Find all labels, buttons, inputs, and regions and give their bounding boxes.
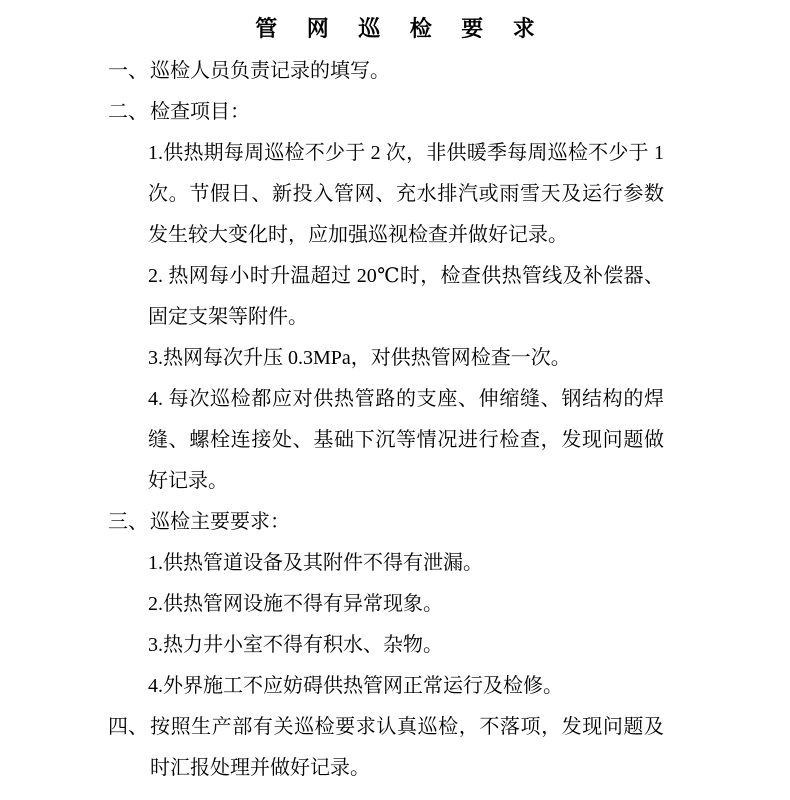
section-2-item-4: 4. 每次巡检都应对供热管路的支座、伸缩缝、钢结构的焊缝、螺栓连接处、基础下沉等… [148,379,664,502]
section-3-item-2: 2.供热管网设施不得有异常现象。 [148,584,664,625]
section-1: 一、 巡检人员负责记录的填写。 [108,51,664,92]
document-page: 管 网 巡 检 要 求 一、 巡检人员负责记录的填写。 二、 检查项目： 1.供… [0,0,790,800]
document-body: 一、 巡检人员负责记录的填写。 二、 检查项目： 1.供热期每周巡检不少于 2 … [108,51,664,789]
section-3-items: 1.供热管道设备及其附件不得有泄漏。 2.供热管网设施不得有异常现象。 3.热力… [108,543,664,707]
section-3-item-1: 1.供热管道设备及其附件不得有泄漏。 [148,543,664,584]
section-3-heading-row: 三、 巡检主要要求： [108,502,664,543]
section-3-marker: 三、 [108,502,150,543]
section-4-heading-row: 四、 按照生产部有关巡检要求认真巡检，不落项，发现问题及时汇报处理并做好记录。 [108,707,664,789]
section-2-item-3: 3.热网每次升压 0.3MPa，对供热管网检查一次。 [148,338,664,379]
section-4-marker: 四、 [108,707,150,789]
section-1-marker: 一、 [108,51,150,92]
section-3-item-3: 3.热力井小室不得有积水、杂物。 [148,625,664,666]
section-2-heading-row: 二、 检查项目： [108,92,664,133]
section-3: 三、 巡检主要要求： 1.供热管道设备及其附件不得有泄漏。 2.供热管网设施不得… [108,502,664,707]
section-1-heading: 巡检人员负责记录的填写。 [150,51,664,92]
section-3-heading: 巡检主要要求： [150,502,664,543]
section-4: 四、 按照生产部有关巡检要求认真巡检，不落项，发现问题及时汇报处理并做好记录。 [108,707,664,789]
section-2-heading: 检查项目： [150,92,664,133]
section-2-items: 1.供热期每周巡检不少于 2 次，非供暖季每周巡检不少于 1 次。节假日、新投入… [108,133,664,502]
section-2: 二、 检查项目： 1.供热期每周巡检不少于 2 次，非供暖季每周巡检不少于 1 … [108,92,664,502]
section-1-heading-row: 一、 巡检人员负责记录的填写。 [108,51,664,92]
section-2-item-2: 2. 热网每小时升温超过 20℃时，检查供热管线及补偿器、固定支架等附件。 [148,256,664,338]
document-title: 管 网 巡 检 要 求 [0,0,790,43]
section-2-item-1: 1.供热期每周巡检不少于 2 次，非供暖季每周巡检不少于 1 次。节假日、新投入… [148,133,664,256]
section-4-heading: 按照生产部有关巡检要求认真巡检，不落项，发现问题及时汇报处理并做好记录。 [150,707,664,789]
section-3-item-4: 4.外界施工不应妨碍供热管网正常运行及检修。 [148,666,664,707]
section-2-marker: 二、 [108,92,150,133]
